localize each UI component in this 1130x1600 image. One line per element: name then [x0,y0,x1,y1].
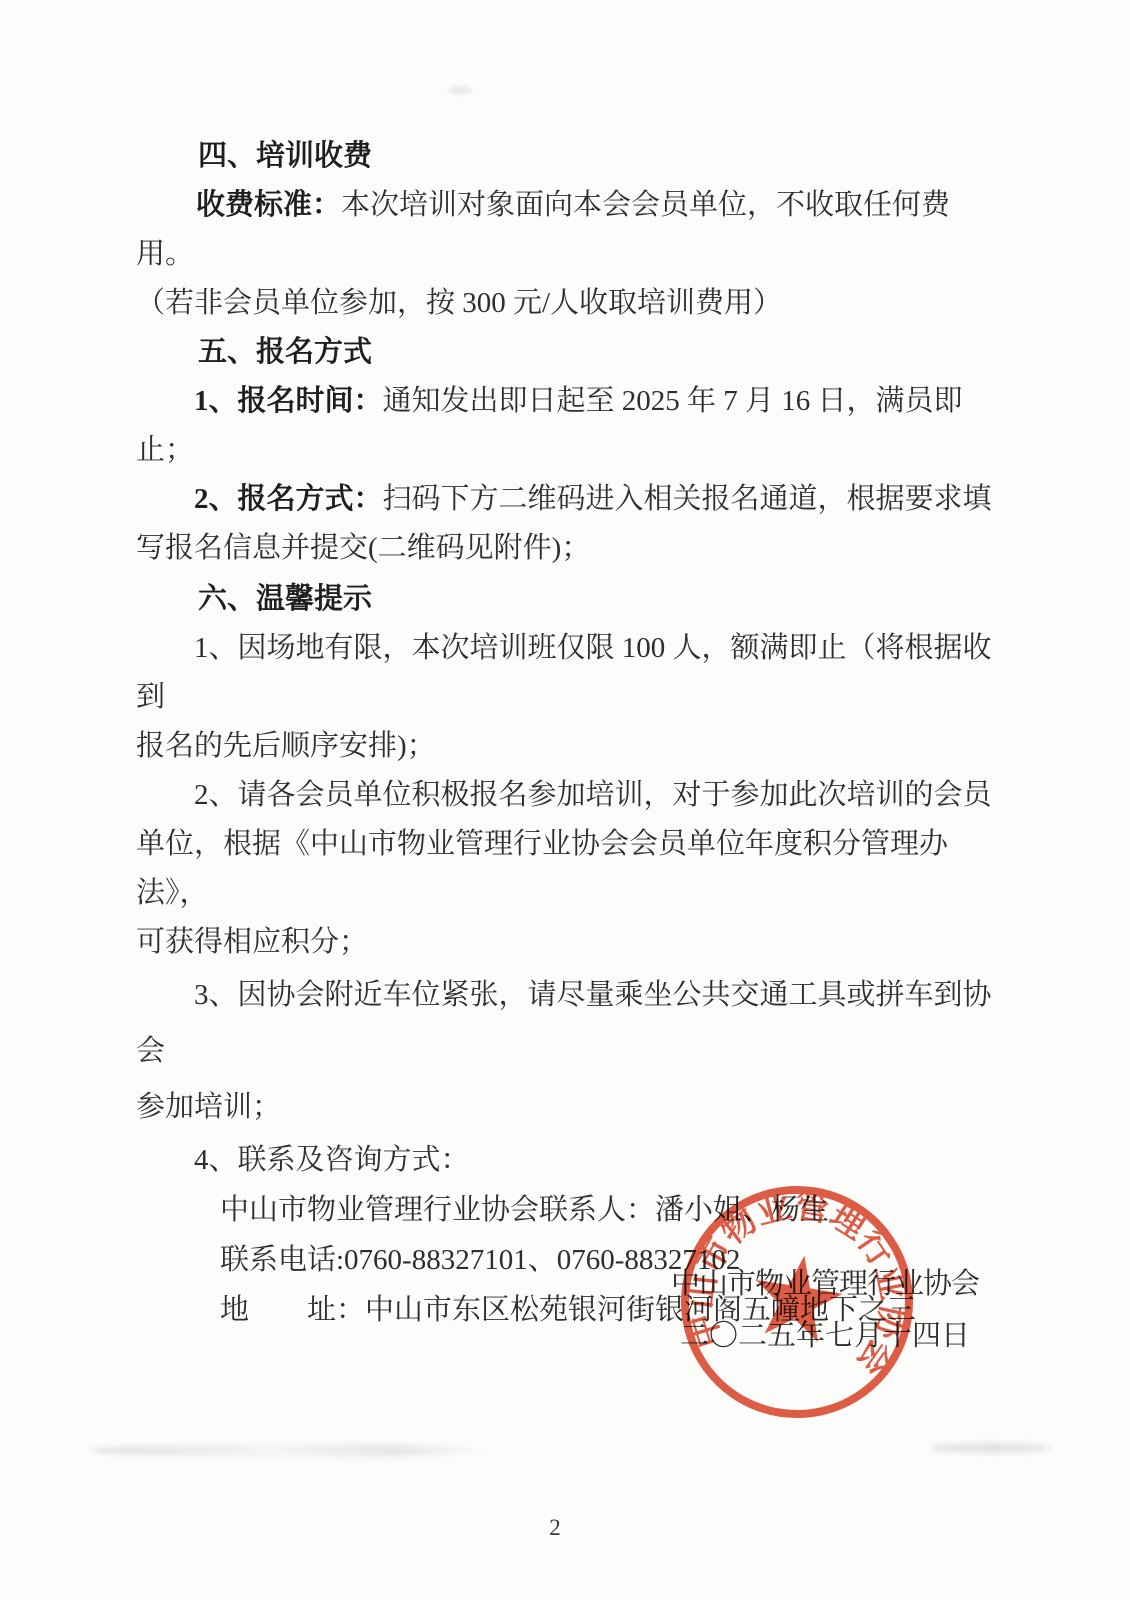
signup-time-label: 1、报名时间： [194,385,383,417]
fee-paragraph: 收费标准：本次培训对象面向本会会员单位，不收取任何费用。 （若非会员单位参加，按… [136,181,1004,328]
scan-smudge [930,1443,1050,1453]
signature-organization: 中山市物业管理行业协会 [600,1258,1050,1310]
section-heading-signup: 五、报名方式 [136,328,1004,377]
document-body: 四、培训收费 收费标准：本次培训对象面向本会会员单位，不收取任何费用。 （若非会… [136,0,1004,1335]
signup-time-paragraph: 1、报名时间：通知发出即日起至 2025 年 7 月 16 日，满员即止； [136,377,1004,475]
tip2-paragraph: 2、请各会员单位积极报名参加培训，对于参加此次培训的会员 单位，根据《中山市物业… [136,771,1004,967]
signature-block: 中山市物业管理行业协会 二〇二五年七月十四日 [600,1258,1050,1362]
document-page: 四、培训收费 收费标准：本次培训对象面向本会会员单位，不收取任何费用。 （若非会… [0,0,1130,1600]
section-heading-tips: 六、温馨提示 [136,575,1004,624]
scan-smudge [448,86,472,95]
scan-smudge [90,1444,490,1457]
tip3-paragraph: 3、因协会附近车位紧张，请尽量乘坐公共交通工具或拼车到协会 参加培训； [136,967,1004,1135]
page-number: 2 [0,1514,1110,1542]
tip1-paragraph: 1、因场地有限，本次培训班仅限 100 人，额满即止（将根据收到 报名的先后顺序… [136,624,1004,771]
signup-method-paragraph: 2、报名方式：扫码下方二维码进入相关报名通道，根据要求填 写报名信息并提交(二维… [136,475,1004,573]
tip4-paragraph: 4、联系及咨询方式： [136,1135,1004,1185]
contact-person-line: 中山市物业管理行业协会联系人：潘小姐、杨生 [136,1185,1004,1235]
fee-label: 收费标准： [196,189,341,221]
signature-date: 二〇二五年七月十四日 [600,1310,1050,1362]
section-heading-fee: 四、培训收费 [136,132,1004,181]
signup-method-label: 2、报名方式： [194,483,383,515]
